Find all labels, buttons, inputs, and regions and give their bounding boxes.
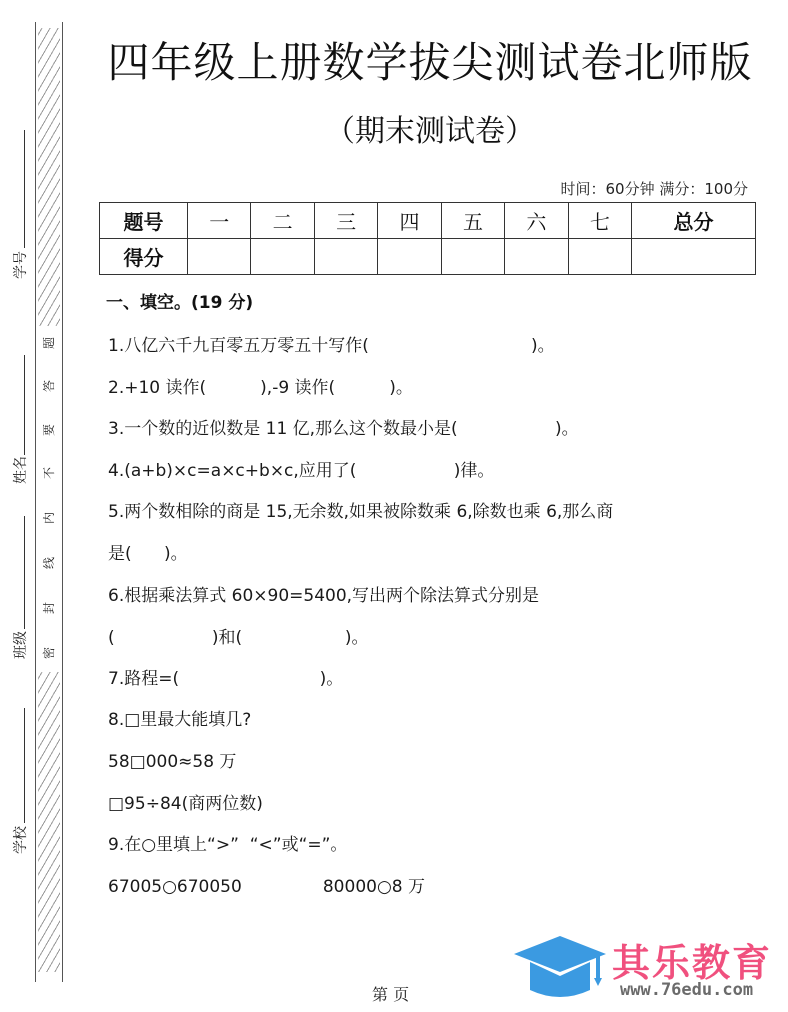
- question-line: 8.□里最大能填几?: [108, 705, 251, 730]
- header-cell: 七: [568, 203, 631, 239]
- page-title: 四年级上册数学拔尖测试卷北师版: [100, 30, 760, 90]
- question-line: 2.+10 读作( ),-9 读作( )。: [108, 373, 413, 398]
- question-line: 67005○670050 80000○8 万: [108, 872, 425, 897]
- exam-meta: 时间：60分钟 满分：100分: [561, 178, 749, 199]
- class-line: [24, 516, 25, 629]
- question-line: 3.一个数的近似数是 11 亿,那么这个数最小是( )。: [108, 414, 579, 439]
- seal-char: 题: [41, 335, 57, 351]
- brand-logo: 其乐教育 www.76edu.com: [508, 932, 783, 1010]
- school-line: [24, 708, 25, 823]
- question-line: 5.两个数相除的商是 15,无余数,如果被除数乘 6,除数也乘 6,那么商: [108, 497, 613, 522]
- score-table-header-row: 题号 一 二 三 四 五 六 七 总分: [100, 203, 756, 239]
- score-cell[interactable]: [378, 239, 441, 275]
- header-cell: 总分: [632, 203, 756, 239]
- brand-url[interactable]: www.76edu.com: [620, 980, 753, 1000]
- seal-char: 封: [41, 600, 57, 616]
- score-cell[interactable]: [251, 239, 314, 275]
- seal-char: 答: [41, 378, 57, 394]
- question-line: 58□000≈58 万: [108, 747, 236, 772]
- score-table-score-row: 得分: [100, 239, 756, 275]
- header-cell: 二: [251, 203, 314, 239]
- graduation-cap-icon: [508, 932, 608, 1004]
- question-line: ( )和( )。: [108, 623, 368, 648]
- header-cell: 六: [505, 203, 568, 239]
- binding-line-inner: [62, 22, 63, 982]
- question-line: 是( )。: [108, 539, 188, 564]
- seal-char: 线: [41, 555, 57, 571]
- question-line: 4.(a+b)×c=a×c+b×c,应用了( )律。: [108, 456, 494, 481]
- seal-char: 不: [41, 465, 57, 481]
- student-id-line: [24, 130, 25, 248]
- header-cell: 五: [441, 203, 504, 239]
- header-cell: 三: [314, 203, 377, 239]
- school-label: 学校: [10, 826, 30, 854]
- header-cell: 四: [378, 203, 441, 239]
- header-cell: 题号: [100, 203, 188, 239]
- student-id-label: 学号: [10, 251, 30, 279]
- seal-char: 内: [41, 510, 57, 526]
- question-line: 9.在○里填上“>” “<”或“=”。: [108, 830, 347, 855]
- brand-name: 其乐教育: [612, 932, 772, 987]
- header-cell: 一: [188, 203, 251, 239]
- question-line: 7.路程=( )。: [108, 664, 343, 689]
- score-cell[interactable]: [632, 239, 756, 275]
- class-label: 班级: [10, 631, 30, 659]
- question-line: □95÷84(商两位数): [108, 789, 263, 814]
- name-line: [24, 355, 25, 455]
- binding-hatch-bottom: [38, 672, 60, 972]
- score-cell[interactable]: [505, 239, 568, 275]
- binding-hatch-top: [38, 28, 60, 326]
- score-row-label: 得分: [100, 239, 188, 275]
- question-line: 1.八亿六千九百零五万零五十写作( )。: [108, 331, 555, 356]
- score-cell[interactable]: [568, 239, 631, 275]
- page-number: 第 页: [372, 982, 409, 1005]
- binding-margin: 题 答 要 不 内 线 封 密 学号 姓名 班级 学校: [0, 0, 70, 1012]
- question-line: 6.根据乘法算式 60×90=5400,写出两个除法算式分别是: [108, 581, 539, 606]
- score-table: 题号 一 二 三 四 五 六 七 总分 得分: [99, 202, 756, 275]
- seal-char: 要: [41, 422, 57, 438]
- section-heading: 一、填空。(19 分): [106, 288, 253, 313]
- page-subtitle: （期末测试卷）: [100, 106, 760, 150]
- score-cell[interactable]: [188, 239, 251, 275]
- seal-char: 密: [41, 645, 57, 661]
- name-label: 姓名: [10, 456, 30, 484]
- score-cell[interactable]: [314, 239, 377, 275]
- score-cell[interactable]: [441, 239, 504, 275]
- binding-line-outer: [35, 22, 36, 982]
